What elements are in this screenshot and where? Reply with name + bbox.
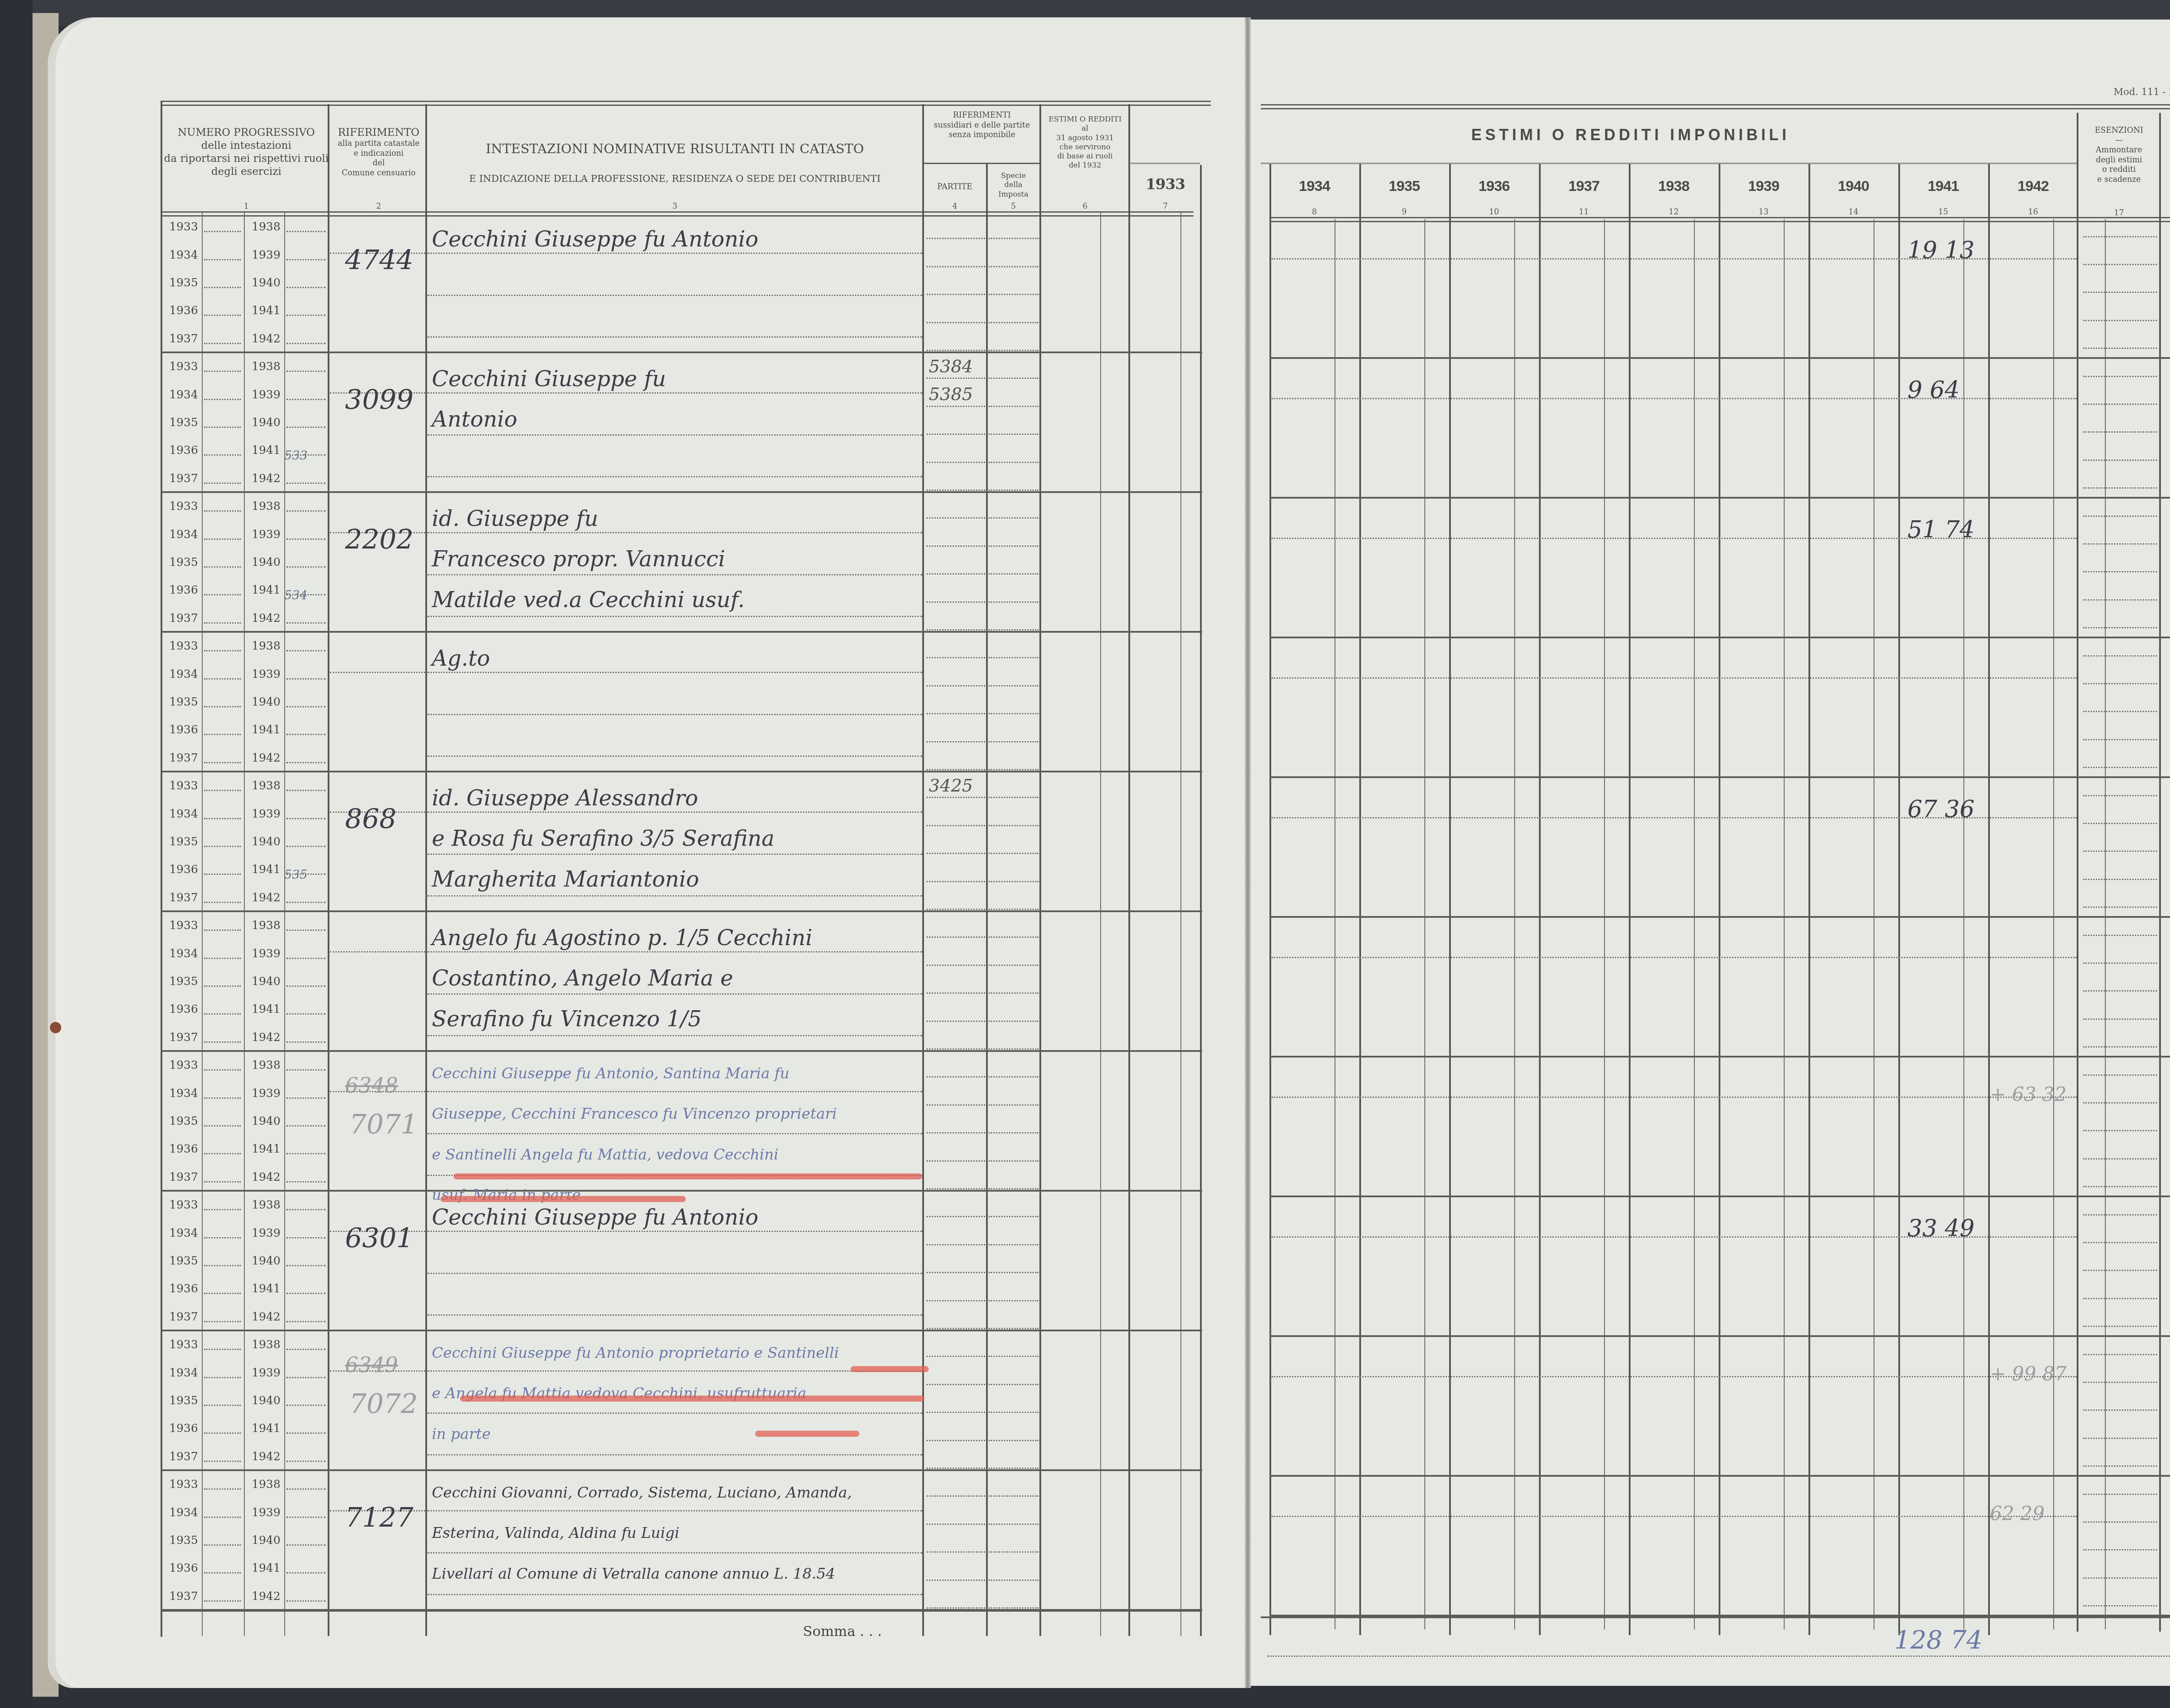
- year-label: 1940: [252, 416, 280, 429]
- dotted-line: [204, 1517, 241, 1518]
- esenzioni-line: [2083, 348, 2157, 349]
- dotted-line: [927, 1104, 985, 1106]
- dotted-line: [204, 1488, 241, 1490]
- value-1941: 51 74: [1907, 516, 1975, 543]
- year-label: 1938: [252, 1199, 280, 1212]
- esenzioni-line: [2083, 487, 2157, 489]
- intestazione-line: Francesco propr. Vannucci: [432, 546, 725, 572]
- year-cents-divider: [1335, 219, 1335, 1629]
- year-cents-divider: [1784, 219, 1785, 1629]
- year-col-divider: [1808, 164, 1810, 1635]
- dotted-line: [989, 1356, 1039, 1357]
- dotted-line: [989, 936, 1039, 938]
- dotted-line: [204, 1600, 241, 1602]
- dotted-line: [204, 1097, 241, 1099]
- header-year: 1935: [1359, 178, 1449, 195]
- dotted-line: [286, 566, 325, 568]
- year-label: 1936: [169, 1422, 198, 1435]
- dotted-line: [204, 650, 241, 651]
- partita-struck-number: 6348: [345, 1074, 398, 1098]
- side-note: 533: [284, 448, 307, 463]
- value-1941: 67 36: [1907, 795, 1975, 823]
- year-label: 1934: [169, 1227, 198, 1240]
- year-label: 1939: [252, 1087, 280, 1100]
- esenzioni-line: [2083, 1409, 2157, 1411]
- intestazione-line: Cecchini Giovanni, Corrado, Sistema, Luc…: [432, 1484, 852, 1501]
- year-col-divider: [1359, 164, 1361, 1635]
- year-label: 1936: [169, 863, 198, 876]
- esenzioni-line: [2083, 823, 2157, 824]
- dotted-line: [286, 1041, 325, 1043]
- dotted-line: [989, 1384, 1039, 1385]
- year-label: 1937: [169, 1171, 198, 1184]
- dotted-line: [204, 1181, 241, 1182]
- dotted-line: [927, 741, 985, 742]
- esenzioni-line: [2083, 543, 2157, 545]
- dotted-line: [927, 489, 985, 491]
- dotted-line: [204, 1572, 241, 1573]
- dotted-line: [989, 350, 1039, 351]
- entry-border: [1269, 1475, 2170, 1477]
- dotted-line: [927, 1188, 985, 1189]
- dotted-line: [286, 343, 325, 344]
- dotted-line: [989, 1188, 1039, 1189]
- name-line: [427, 811, 922, 813]
- esenzioni-line: [2083, 990, 2157, 992]
- esenzioni-line: [2083, 795, 2157, 796]
- name-line: [427, 993, 922, 995]
- dotted-line: [204, 1349, 241, 1350]
- name-line: [427, 476, 922, 477]
- year-label: 1942: [252, 1311, 280, 1324]
- year-col-divider: [1629, 164, 1631, 1635]
- dotted-line: [927, 406, 985, 407]
- dotted-line: [286, 1517, 325, 1518]
- partita-number: 6301: [345, 1222, 414, 1254]
- red-strikethrough: [755, 1431, 859, 1437]
- year-label: 1942: [252, 1031, 280, 1044]
- year-label: 1942: [252, 1171, 280, 1184]
- dotted-line: [989, 1300, 1039, 1301]
- esenzioni-line: [2083, 1465, 2157, 1467]
- dotted-line: [286, 315, 325, 316]
- column-number: 16: [1988, 207, 2078, 217]
- red-strikethrough: [454, 1173, 922, 1179]
- dotted-line: [989, 1607, 1039, 1609]
- dotted-line: [286, 1293, 325, 1294]
- value-1942: 62 29: [1990, 1503, 2045, 1525]
- dotted-line: [989, 545, 1039, 547]
- year-label: 1941: [252, 1003, 280, 1016]
- dotted-line: [989, 657, 1039, 658]
- value-line: [1272, 1376, 2077, 1377]
- dotted-line: [927, 965, 985, 966]
- dotted-line: [204, 539, 241, 540]
- header-year: 1942: [1988, 178, 2078, 195]
- dotted-line: [204, 566, 241, 568]
- dotted-line: [927, 992, 985, 994]
- esenzioni-line: [2083, 1577, 2157, 1579]
- name-line: [427, 253, 922, 254]
- dotted-line: [927, 1607, 985, 1609]
- entry-border: [1269, 497, 2170, 499]
- header-year: 1938: [1629, 178, 1719, 195]
- year-label: 1938: [252, 779, 280, 792]
- year-label: 1936: [169, 1562, 198, 1575]
- dotted-line: [989, 1160, 1039, 1162]
- dotted-line: [927, 1076, 985, 1077]
- header-divider: [1131, 163, 1200, 164]
- year-label: 1939: [252, 808, 280, 821]
- dotted-line: [286, 985, 325, 987]
- partita-line: [330, 672, 425, 673]
- name-line: [427, 1231, 922, 1232]
- year-label: 1935: [169, 276, 198, 289]
- dotted-line: [989, 881, 1039, 882]
- dotted-line: [204, 1265, 241, 1266]
- year-label: 1933: [169, 360, 198, 373]
- dotted-line: [927, 797, 985, 798]
- dotted-line: [204, 371, 241, 372]
- esenzioni-line: [2083, 599, 2157, 601]
- intestazione-line: id. Giuseppe fu: [432, 506, 598, 531]
- esenzioni-line: [2083, 1130, 2157, 1131]
- name-line: [427, 1510, 922, 1511]
- intestazione-line: Cecchini Giuseppe fu Antonio: [432, 1205, 758, 1230]
- header-numero-progressivo: NUMERO PROGRESSIVO delle intestazioni da…: [163, 126, 330, 178]
- dotted-line: [286, 539, 325, 540]
- year-label: 1938: [252, 1338, 280, 1351]
- dotted-line: [927, 685, 985, 686]
- header-year: 1939: [1719, 178, 1808, 195]
- header-specie-imposta: Specie della Imposta: [987, 171, 1039, 199]
- side-note: 535: [284, 867, 307, 882]
- name-line: [427, 434, 922, 436]
- esenzioni-line: [2083, 1354, 2157, 1355]
- year-label: 1940: [252, 1255, 280, 1268]
- dotted-line: [286, 1600, 325, 1602]
- esenzioni-line: [2083, 1018, 2157, 1020]
- year-label: 1936: [169, 304, 198, 317]
- dotted-line: [286, 1181, 325, 1182]
- year-label: 1935: [169, 696, 198, 709]
- year-label: 1935: [169, 1115, 198, 1128]
- dotted-line: [927, 238, 985, 239]
- year-label: 1937: [169, 752, 198, 765]
- esenzioni-line: [2083, 962, 2157, 964]
- somma-top-border: [1261, 1616, 2170, 1618]
- book-cover-left: [0, 0, 33, 1708]
- year-label: 1942: [252, 1590, 280, 1603]
- year-label: 1937: [169, 1031, 198, 1044]
- name-line: [427, 1454, 922, 1455]
- column-number: 15: [1898, 207, 1988, 217]
- partita-number: 3099: [345, 384, 414, 415]
- year-label: 1939: [252, 668, 280, 681]
- form-id: Mod. 111 - Imposte Dirette (Intercalare)…: [2114, 87, 2170, 98]
- dotted-line: [927, 573, 985, 575]
- header-partite: PARTITE: [924, 182, 985, 192]
- dotted-line: [204, 399, 241, 400]
- esenzioni-line: [2083, 711, 2157, 712]
- dotted-line: [989, 1551, 1039, 1553]
- year-label: 1933: [169, 220, 198, 233]
- dotted-line: [989, 1440, 1039, 1441]
- intestazione-line: Livellari al Comune di Vetralla canone a…: [432, 1565, 835, 1583]
- partita-number: 7127: [345, 1501, 414, 1533]
- esenzioni-line: [2083, 571, 2157, 572]
- dotted-line: [204, 1013, 241, 1015]
- dotted-line: [989, 797, 1039, 798]
- value-1942: + 99 87: [1990, 1363, 2067, 1385]
- value-1941: 9 64: [1907, 376, 1960, 404]
- esenzioni-line: [2083, 1270, 2157, 1271]
- dotted-line: [286, 510, 325, 512]
- dotted-line: [204, 1544, 241, 1546]
- year-label: 1942: [252, 472, 280, 485]
- year-label: 1933: [169, 1059, 198, 1072]
- year-cents-divider: [1694, 219, 1695, 1629]
- name-line: [427, 1133, 922, 1134]
- esenzioni-line: [2083, 851, 2157, 852]
- dotted-line: [989, 378, 1039, 379]
- dotted-line: [286, 762, 325, 763]
- year-cents-divider: [1514, 219, 1515, 1629]
- esenzioni-line: [2083, 1046, 2157, 1048]
- name-line: [427, 295, 922, 296]
- column-number: 17: [2079, 208, 2159, 217]
- dotted-line: [989, 434, 1039, 435]
- header-year: 1941: [1898, 178, 1988, 195]
- esenzioni-line: [2083, 264, 2157, 265]
- dotted-line: [927, 881, 985, 882]
- name-line: [427, 392, 922, 394]
- year-label: 1933: [169, 779, 198, 792]
- ref-partita: 5384: [929, 357, 973, 377]
- dotted-line: [204, 790, 241, 791]
- esenzioni-line: [2083, 627, 2157, 628]
- year-label: 1934: [169, 668, 198, 681]
- esenzioni-line: [2083, 404, 2157, 405]
- header-annotazioni: ANNOTAZIONI: [2161, 161, 2170, 175]
- dotted-line: [927, 1551, 985, 1553]
- dotted-line: [989, 1328, 1039, 1329]
- year-label: 1937: [169, 612, 198, 625]
- year-label: 1938: [252, 1478, 280, 1491]
- partita-number: 7071: [349, 1108, 418, 1140]
- dotted-line: [286, 1265, 325, 1266]
- name-line: [427, 1314, 922, 1316]
- dotted-line: [927, 601, 985, 603]
- esenzioni-line: [2083, 292, 2157, 293]
- binding-tack: [50, 1022, 61, 1033]
- intestazione-line: Cecchini Giuseppe fu Antonio, Santina Ma…: [432, 1065, 789, 1082]
- year-label: 1942: [252, 332, 280, 345]
- entry-border: [1269, 1335, 2170, 1337]
- year-label: 1939: [252, 249, 280, 262]
- name-line: [427, 854, 922, 855]
- name-line: [427, 951, 922, 953]
- column-number: 11: [1539, 207, 1629, 217]
- dotted-line: [286, 1405, 325, 1406]
- year-label: 1939: [252, 1506, 280, 1519]
- dotted-line: [927, 1468, 985, 1469]
- dotted-line: [989, 1272, 1039, 1273]
- esenzioni-line: [2083, 767, 2157, 768]
- column-number: 6: [1042, 202, 1128, 211]
- dotted-line: [286, 818, 325, 819]
- dotted-line: [927, 629, 985, 631]
- year-label: 1937: [169, 332, 198, 345]
- dotted-line: [286, 706, 325, 707]
- dotted-line: [286, 1572, 325, 1573]
- dotted-line: [927, 1048, 985, 1050]
- year-label: 1941: [252, 1422, 280, 1435]
- dotted-line: [204, 1237, 241, 1238]
- year-label: 1941: [252, 723, 280, 736]
- dotted-line: [989, 1048, 1039, 1050]
- dotted-line: [927, 1412, 985, 1413]
- dotted-line: [204, 510, 241, 512]
- year-label: 1934: [169, 1366, 198, 1380]
- value-1941: 33 49: [1907, 1215, 1975, 1242]
- dotted-line: [927, 434, 985, 435]
- dotted-line: [286, 1321, 325, 1322]
- dotted-line: [927, 1440, 985, 1441]
- year-label: 1938: [252, 640, 280, 653]
- year-label: 1937: [169, 891, 198, 904]
- header-riferimenti-sussidiari: RIFERIMENTI sussidiari e delle partite s…: [924, 111, 1039, 140]
- column-number: 1: [163, 202, 330, 211]
- dotted-line: [286, 231, 325, 232]
- year-label: 1940: [252, 1394, 280, 1407]
- year-label: 1934: [169, 249, 198, 262]
- esenzioni-line: [2083, 1382, 2157, 1383]
- esenzioni-line: [2083, 1494, 2157, 1495]
- dotted-line: [989, 1216, 1039, 1217]
- year-label: 1938: [252, 220, 280, 233]
- intestazione-line: e Rosa fu Serafino 3/5 Serafina: [432, 826, 775, 851]
- year-label: 1940: [252, 835, 280, 848]
- dotted-line: [204, 930, 241, 931]
- esenzioni-line: [2083, 879, 2157, 880]
- register-entry: 1933193819341939193519401936194119371942: [161, 353, 1202, 493]
- dotted-line: [204, 678, 241, 680]
- column-number: 8: [1269, 207, 1359, 217]
- esenzioni-line: [2083, 1438, 2157, 1439]
- dotted-line: [927, 1021, 985, 1022]
- entry-border: [1269, 637, 2170, 638]
- intestazione-line: Angelo fu Agostino p. 1/5 Cecchini: [432, 925, 812, 950]
- esenzioni-line: [2083, 431, 2157, 433]
- year-label: 1937: [169, 1450, 198, 1463]
- entry-border: [1269, 357, 2170, 359]
- year-label: 1934: [169, 808, 198, 821]
- year-label: 1938: [252, 500, 280, 513]
- dotted-line: [927, 1384, 985, 1385]
- year-label: 1938: [252, 1059, 280, 1072]
- dotted-line: [286, 958, 325, 959]
- dotted-line: [204, 1209, 241, 1210]
- dotted-line: [204, 1461, 241, 1462]
- dotted-line: [989, 517, 1039, 519]
- dotted-line: [204, 1321, 241, 1322]
- intestazione-line: Ag.to: [432, 646, 490, 671]
- year-label: 1933: [169, 640, 198, 653]
- header-riferimento: RIFERIMENTO alla partita catastale e ind…: [330, 126, 427, 178]
- year-label: 1933: [169, 500, 198, 513]
- dotted-line: [989, 1468, 1039, 1469]
- name-line: [427, 532, 922, 533]
- dotted-line: [989, 713, 1039, 714]
- dotted-line: [989, 685, 1039, 686]
- esenzioni-line: [2083, 683, 2157, 684]
- value-line: [1272, 677, 2077, 679]
- year-label: 1933: [169, 919, 198, 932]
- esenzioni-line: [2083, 1242, 2157, 1243]
- dotted-line: [989, 1132, 1039, 1133]
- year-label: 1941: [252, 444, 280, 457]
- name-line: [427, 1552, 922, 1554]
- name-line: [427, 1412, 922, 1414]
- col-divider: [2159, 113, 2161, 1632]
- year-label: 1937: [169, 1311, 198, 1324]
- partita-number: 7072: [349, 1388, 418, 1419]
- name-line: [427, 1091, 922, 1092]
- dotted-line: [286, 902, 325, 903]
- dotted-line: [989, 462, 1039, 463]
- dotted-line: [989, 1495, 1039, 1497]
- dotted-line: [927, 1160, 985, 1162]
- dotted-line: [927, 322, 985, 323]
- dotted-line: [204, 734, 241, 735]
- dotted-line: [286, 259, 325, 260]
- partita-number: 868: [345, 803, 396, 834]
- column-number: 18: [2161, 208, 2170, 217]
- year-label: 1942: [252, 1450, 280, 1463]
- name-line: [427, 1594, 922, 1595]
- dotted-line: [204, 874, 241, 875]
- year-label: 1939: [252, 947, 280, 960]
- year-cents-divider: [1963, 219, 1964, 1629]
- dotted-line: [204, 1405, 241, 1406]
- header-divider: [922, 163, 1039, 164]
- intestazione-line: id. Giuseppe Alessandro: [432, 785, 698, 811]
- value-line: [1272, 1097, 2077, 1098]
- name-line: [427, 1035, 922, 1036]
- intestazione-line: Cecchini Giuseppe fu Antonio proprietari…: [432, 1344, 839, 1362]
- dotted-line: [927, 462, 985, 463]
- year-cents-divider: [1424, 219, 1425, 1629]
- dotted-line: [204, 1041, 241, 1043]
- column-number: 5: [987, 202, 1039, 211]
- esenzioni-line: [2083, 1074, 2157, 1076]
- intestazione-line: Serafino fu Vincenzo 1/5: [432, 1006, 702, 1031]
- year-label: 1935: [169, 416, 198, 429]
- dotted-line: [204, 762, 241, 763]
- dotted-line: [204, 427, 241, 428]
- dotted-line: [286, 1432, 325, 1434]
- year-label: 1934: [169, 947, 198, 960]
- year-label: 1941: [252, 863, 280, 876]
- dotted-line: [989, 238, 1039, 239]
- intestazione-line: Costantino, Angelo Maria e: [432, 966, 733, 991]
- dotted-line: [927, 936, 985, 938]
- dotted-line: [204, 958, 241, 959]
- dotted-line: [286, 399, 325, 400]
- esenzioni-line: [2083, 1298, 2157, 1299]
- year-label: 1935: [169, 556, 198, 569]
